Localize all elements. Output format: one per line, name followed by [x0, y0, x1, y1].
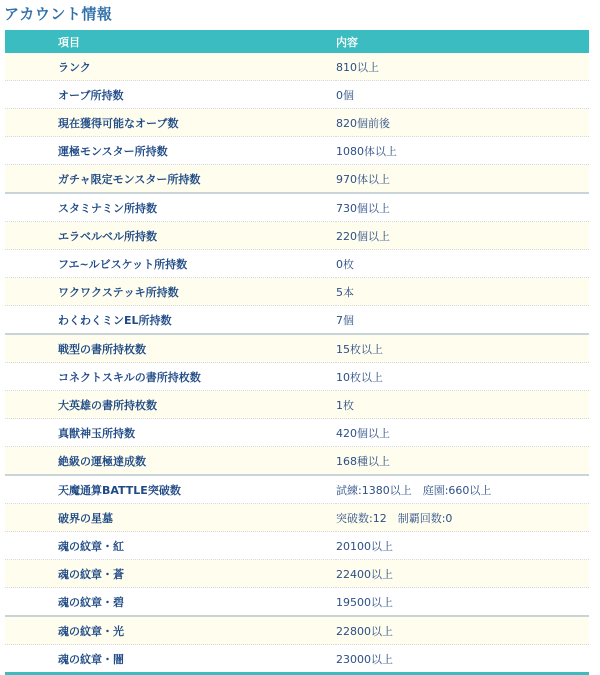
row-label: コネクトスキルの書所持枚数 [5, 363, 336, 391]
table-row: 現在獲得可能なオーブ数820個前後 [5, 109, 589, 137]
row-label: 運極モンスター所持数 [5, 137, 336, 165]
row-label: 真獣神玉所持数 [5, 419, 336, 447]
row-value: 23000以上 [336, 645, 589, 657]
row-value: 730個以上 [336, 193, 589, 222]
table-row: ワクワクステッキ所持数5本 [5, 278, 589, 306]
row-label: 天魔通算BATTLE突破数 [5, 475, 336, 504]
row-value: 820個前後 [336, 109, 589, 137]
table-row: 天魔通算BATTLE突破数試練:1380以上 庭園:660以上 [5, 475, 589, 504]
row-value: 10枚以上 [336, 363, 589, 391]
table-row: エラベルベル所持数220個以上 [5, 222, 589, 250]
row-value: 220個以上 [336, 222, 589, 250]
table-row: 魂の紋章・光22800以上 [5, 616, 589, 645]
table-row: スタミナミン所持数730個以上 [5, 193, 589, 222]
row-label: わくわくミンEL所持数 [5, 306, 336, 335]
page-title: アカウント情報 [4, 3, 112, 24]
row-label: ワクワクステッキ所持数 [5, 278, 336, 306]
row-label: 大英雄の書所持枚数 [5, 391, 336, 419]
row-value: 22400以上 [336, 560, 589, 588]
row-value: 20100以上 [336, 532, 589, 560]
row-value: 試練:1380以上 庭園:660以上 [336, 475, 589, 504]
row-label: ランク [5, 53, 336, 81]
row-label: 魂の紋章・碧 [5, 588, 336, 617]
table-row: わくわくミンEL所持数7個 [5, 306, 589, 335]
table-header-row: 項目 内容 [5, 30, 589, 53]
table-row: 戦型の書所持枚数15枚以上 [5, 334, 589, 363]
column-header-content: 内容 [336, 30, 589, 53]
table-row: 絶級の運極達成数168種以上 [5, 447, 589, 476]
row-label: 魂の紋章・蒼 [5, 560, 336, 588]
row-label: オーブ所持数 [5, 81, 336, 109]
row-label: 破界の星墓 [5, 504, 336, 532]
table-row: オーブ所持数0個 [5, 81, 589, 109]
row-value: 5本 [336, 278, 589, 306]
account-info-table: 項目 内容 ランク810以上 オーブ所持数0個 現在獲得可能なオーブ数820個前… [5, 30, 589, 656]
row-label: エラベルベル所持数 [5, 222, 336, 250]
row-value: 1枚 [336, 391, 589, 419]
row-value: 0個 [336, 81, 589, 109]
table-row: 魂の紋章・紅20100以上 [5, 532, 589, 560]
table-row: 魂の紋章・蒼22400以上 [5, 560, 589, 588]
row-label: フエ~ルビスケット所持数 [5, 250, 336, 278]
row-value: 810以上 [336, 53, 589, 81]
table-row: 破界の星墓突破数:12 制覇回数:0 [5, 504, 589, 532]
table-row: コネクトスキルの書所持枚数10枚以上 [5, 363, 589, 391]
row-label: スタミナミン所持数 [5, 193, 336, 222]
row-label: 戦型の書所持枚数 [5, 334, 336, 363]
row-value: 15枚以上 [336, 334, 589, 363]
table-row: フエ~ルビスケット所持数0枚 [5, 250, 589, 278]
table-row: 大英雄の書所持枚数1枚 [5, 391, 589, 419]
table-row: 運極モンスター所持数1080体以上 [5, 137, 589, 165]
row-label: ガチャ限定モンスター所持数 [5, 165, 336, 194]
table-row: 魂の紋章・闇23000以上 [5, 645, 589, 657]
row-label: 現在獲得可能なオーブ数 [5, 109, 336, 137]
column-header-item: 項目 [5, 30, 336, 53]
table-row: 真獣神玉所持数420個以上 [5, 419, 589, 447]
row-value: 0枚 [336, 250, 589, 278]
row-value: 突破数:12 制覇回数:0 [336, 504, 589, 532]
table-row: 魂の紋章・碧19500以上 [5, 588, 589, 617]
row-value: 7個 [336, 306, 589, 335]
row-label: 絶級の運極達成数 [5, 447, 336, 476]
row-label: 魂の紋章・光 [5, 616, 336, 645]
row-value: 1080体以上 [336, 137, 589, 165]
row-value: 970体以上 [336, 165, 589, 194]
table-row: ガチャ限定モンスター所持数970体以上 [5, 165, 589, 194]
row-value: 168種以上 [336, 447, 589, 476]
row-label: 魂の紋章・紅 [5, 532, 336, 560]
row-label: 魂の紋章・闇 [5, 645, 336, 657]
table-row: ランク810以上 [5, 53, 589, 81]
row-value: 19500以上 [336, 588, 589, 617]
row-value: 22800以上 [336, 616, 589, 645]
row-value: 420個以上 [336, 419, 589, 447]
